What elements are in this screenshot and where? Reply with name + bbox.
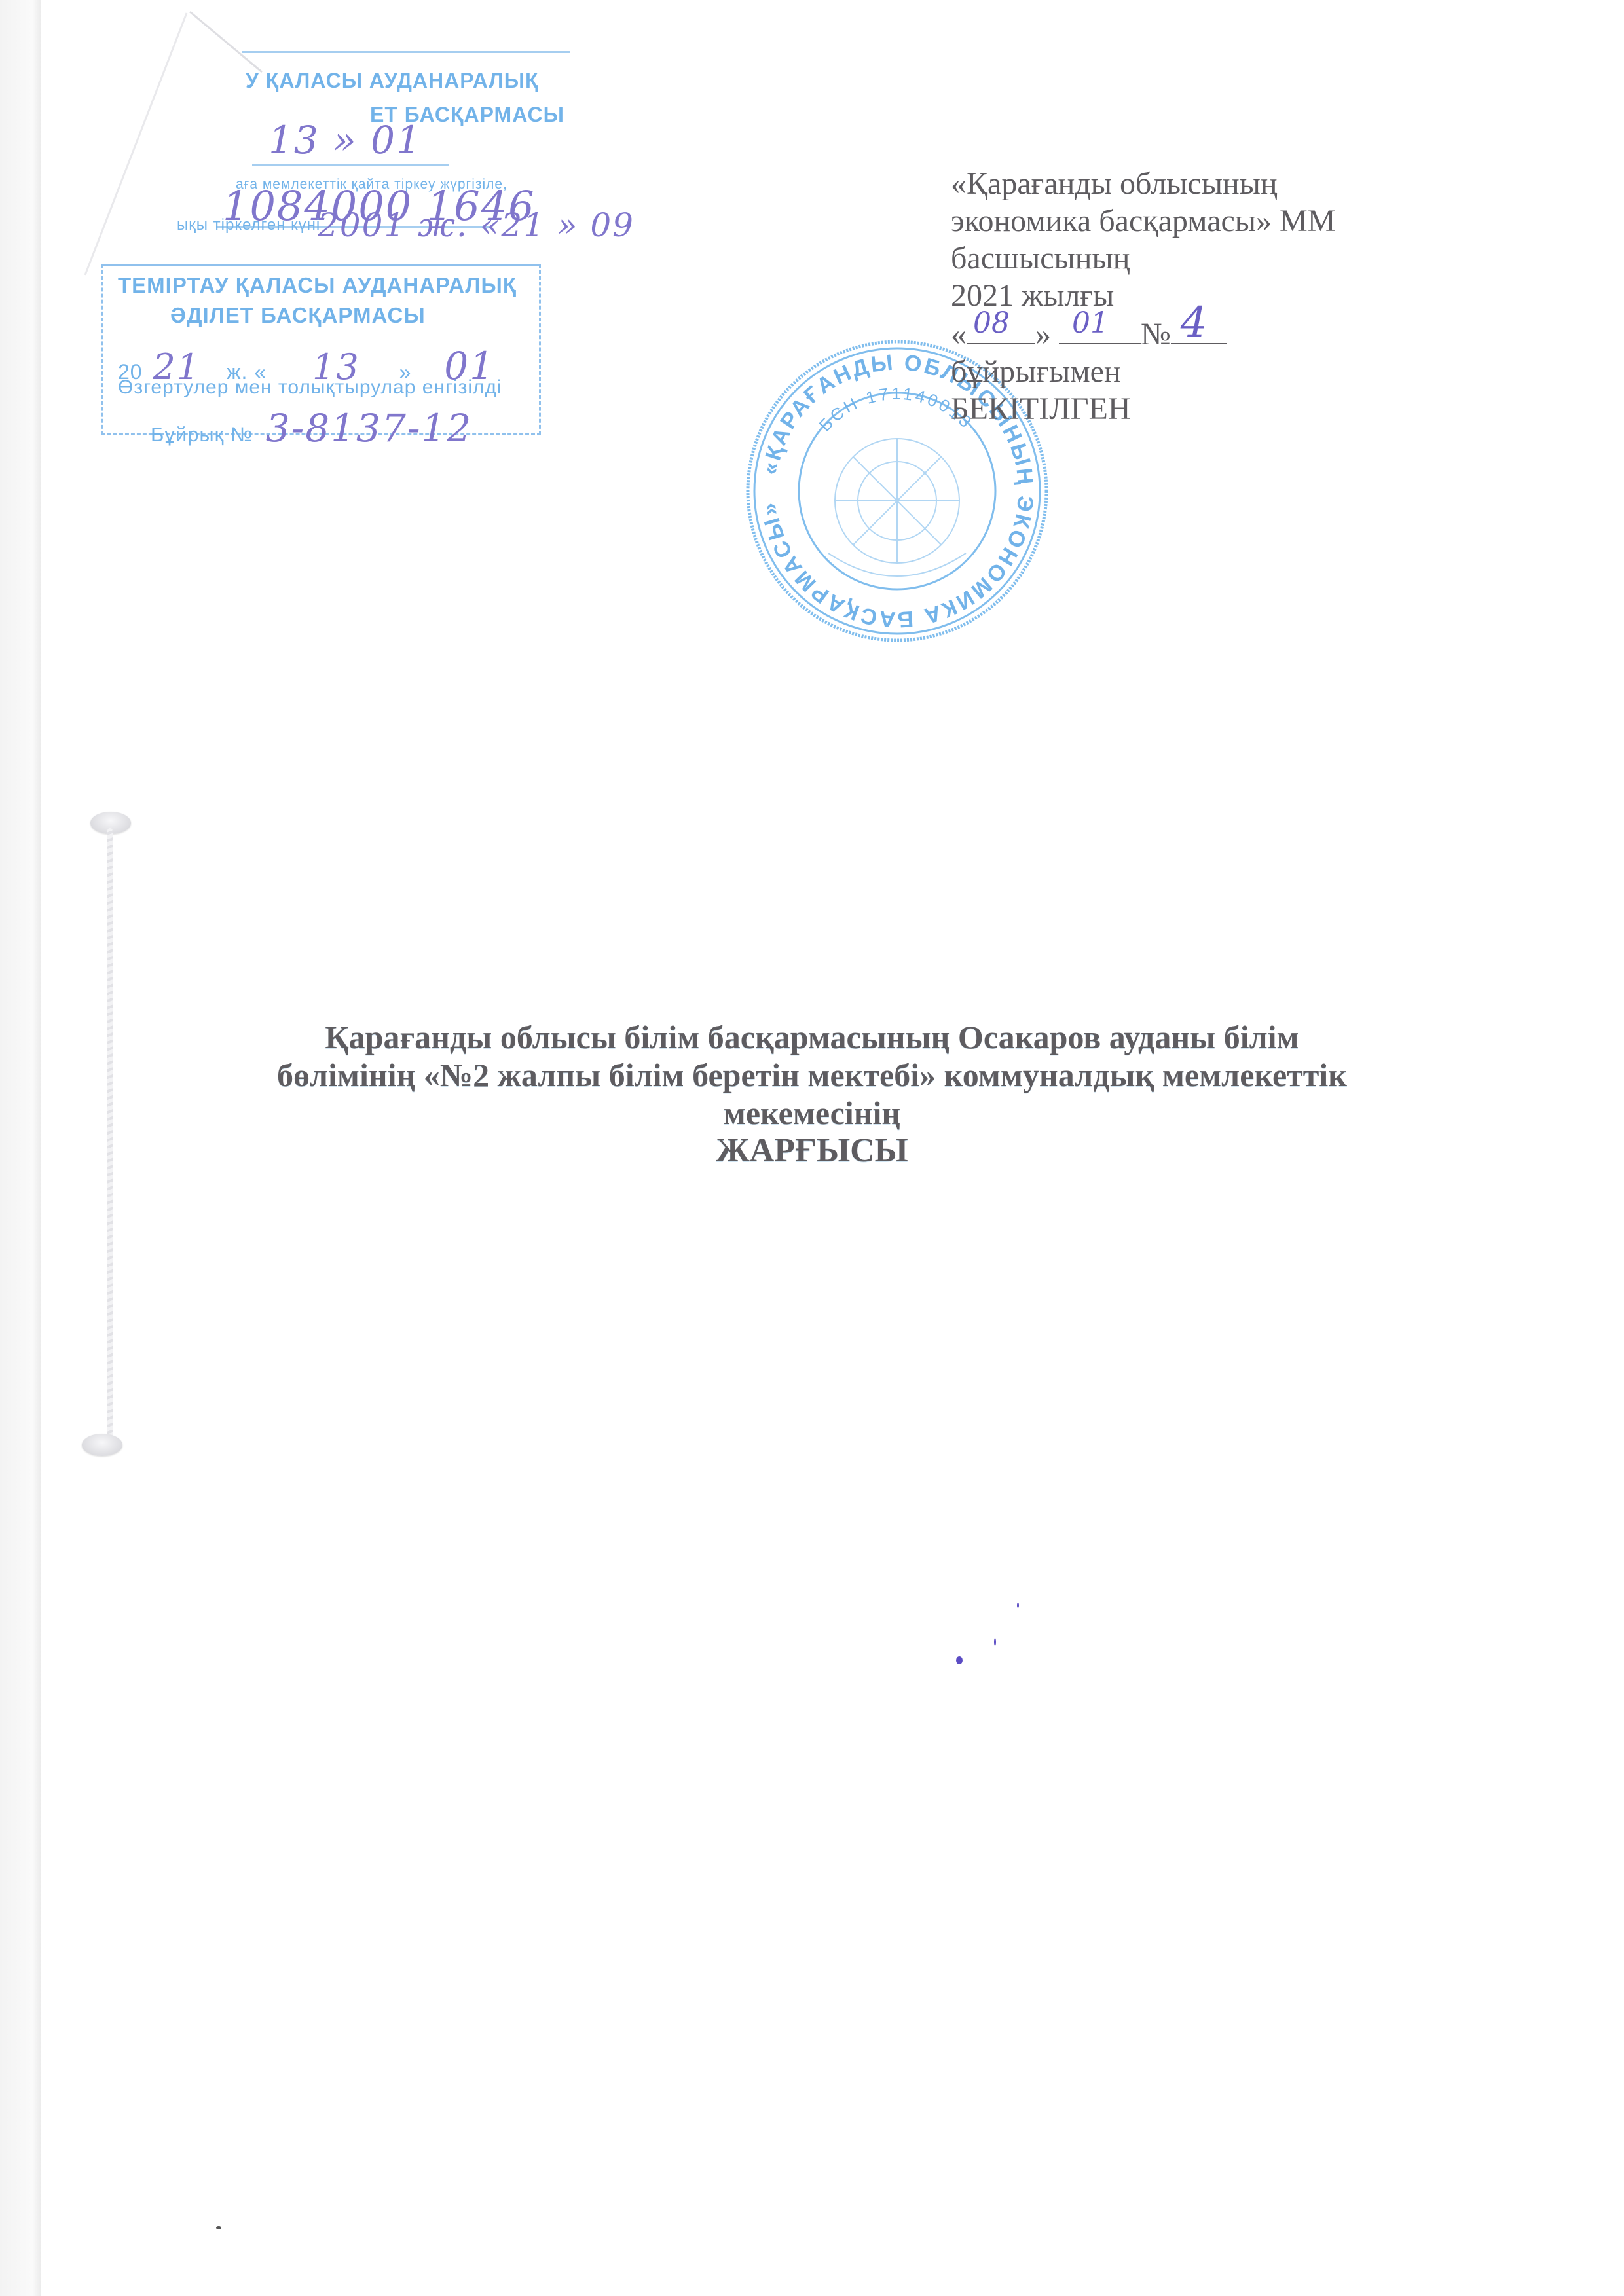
- approval-number-handwritten: 4: [1181, 304, 1208, 342]
- title-charter-heading: ЖАРҒЫСЫ: [0, 1132, 1624, 1170]
- ink-speck: [216, 2226, 221, 2229]
- stamp-line-4: ықы тіркелген күні: [177, 216, 320, 234]
- stamp2-line-2: ӘДІЛЕТ БАСҚАРМАСЫ: [170, 303, 426, 328]
- approval-open-quote: «: [951, 317, 967, 352]
- approval-block: «Қарағанды облысының экономика басқармас…: [951, 165, 1335, 428]
- stamp2-order-label: Бұйрық №: [151, 423, 253, 446]
- stamp-reg-date-handwritten: 2001 ж. «21 » 09: [318, 206, 635, 244]
- stamp2-line-1: ТЕМІРТАУ ҚАЛАСЫ АУДАНАРАЛЫҚ: [118, 273, 517, 298]
- binding-hole-bottom: [82, 1434, 122, 1456]
- approval-number-field: 4: [1171, 314, 1227, 344]
- approval-number-sign: №: [1141, 317, 1171, 352]
- title-line-2: бөлімінің «№2 жалпы білім беретін мектеб…: [0, 1056, 1624, 1094]
- approval-month-handwritten: 01: [1072, 304, 1109, 342]
- approval-day-field: 08: [967, 314, 1035, 344]
- approval-line-6: бұйрығымен: [951, 353, 1335, 390]
- ink-speck: [956, 1656, 963, 1664]
- registration-stamp: У ҚАЛАСЫ АУДАНАРАЛЫҚ ЕТ БАСҚАРМАСЫ 13 » …: [157, 39, 576, 229]
- title-line-1: Қарағанды облысы білім басқармасының Оса…: [0, 1018, 1624, 1056]
- stamp-date-handwritten: 13 » 01: [268, 118, 422, 162]
- approval-line-3: басшысының: [951, 240, 1335, 277]
- stamp2-order-handwritten: 3-8137-12: [266, 406, 473, 450]
- stamp-line-1: У ҚАЛАСЫ АУДАНАРАЛЫҚ: [246, 69, 539, 93]
- document-title: Қарағанды облысы білім басқармасының Оса…: [0, 1018, 1624, 1170]
- approval-line-1: «Қарағанды облысының: [951, 165, 1335, 202]
- approval-close-quote: »: [1035, 317, 1051, 352]
- approval-date-line: «08» 01№4: [951, 314, 1335, 353]
- amendments-stamp: ТЕМІРТАУ ҚАЛАСЫ АУДАНАРАЛЫҚ ӘДІЛЕТ БАСҚА…: [98, 259, 544, 435]
- stamp2-line-4: Өзгертулер мен толықтырулар енгізілді: [118, 376, 502, 399]
- approval-line-2: экономика басқармасы» ММ: [951, 202, 1335, 240]
- ink-speck: [994, 1638, 996, 1646]
- stamp2-order-line: Бұйрық № 3-8137-12: [151, 406, 472, 450]
- seal-emblem-icon: [828, 439, 966, 576]
- title-line-3: мекемесінің: [0, 1094, 1624, 1132]
- approval-line-7: БЕКІТІЛГЕН: [951, 390, 1335, 428]
- ink-speck: [1017, 1603, 1019, 1608]
- approval-day-handwritten: 08: [973, 304, 1010, 342]
- approval-month-field: 01: [1059, 314, 1141, 344]
